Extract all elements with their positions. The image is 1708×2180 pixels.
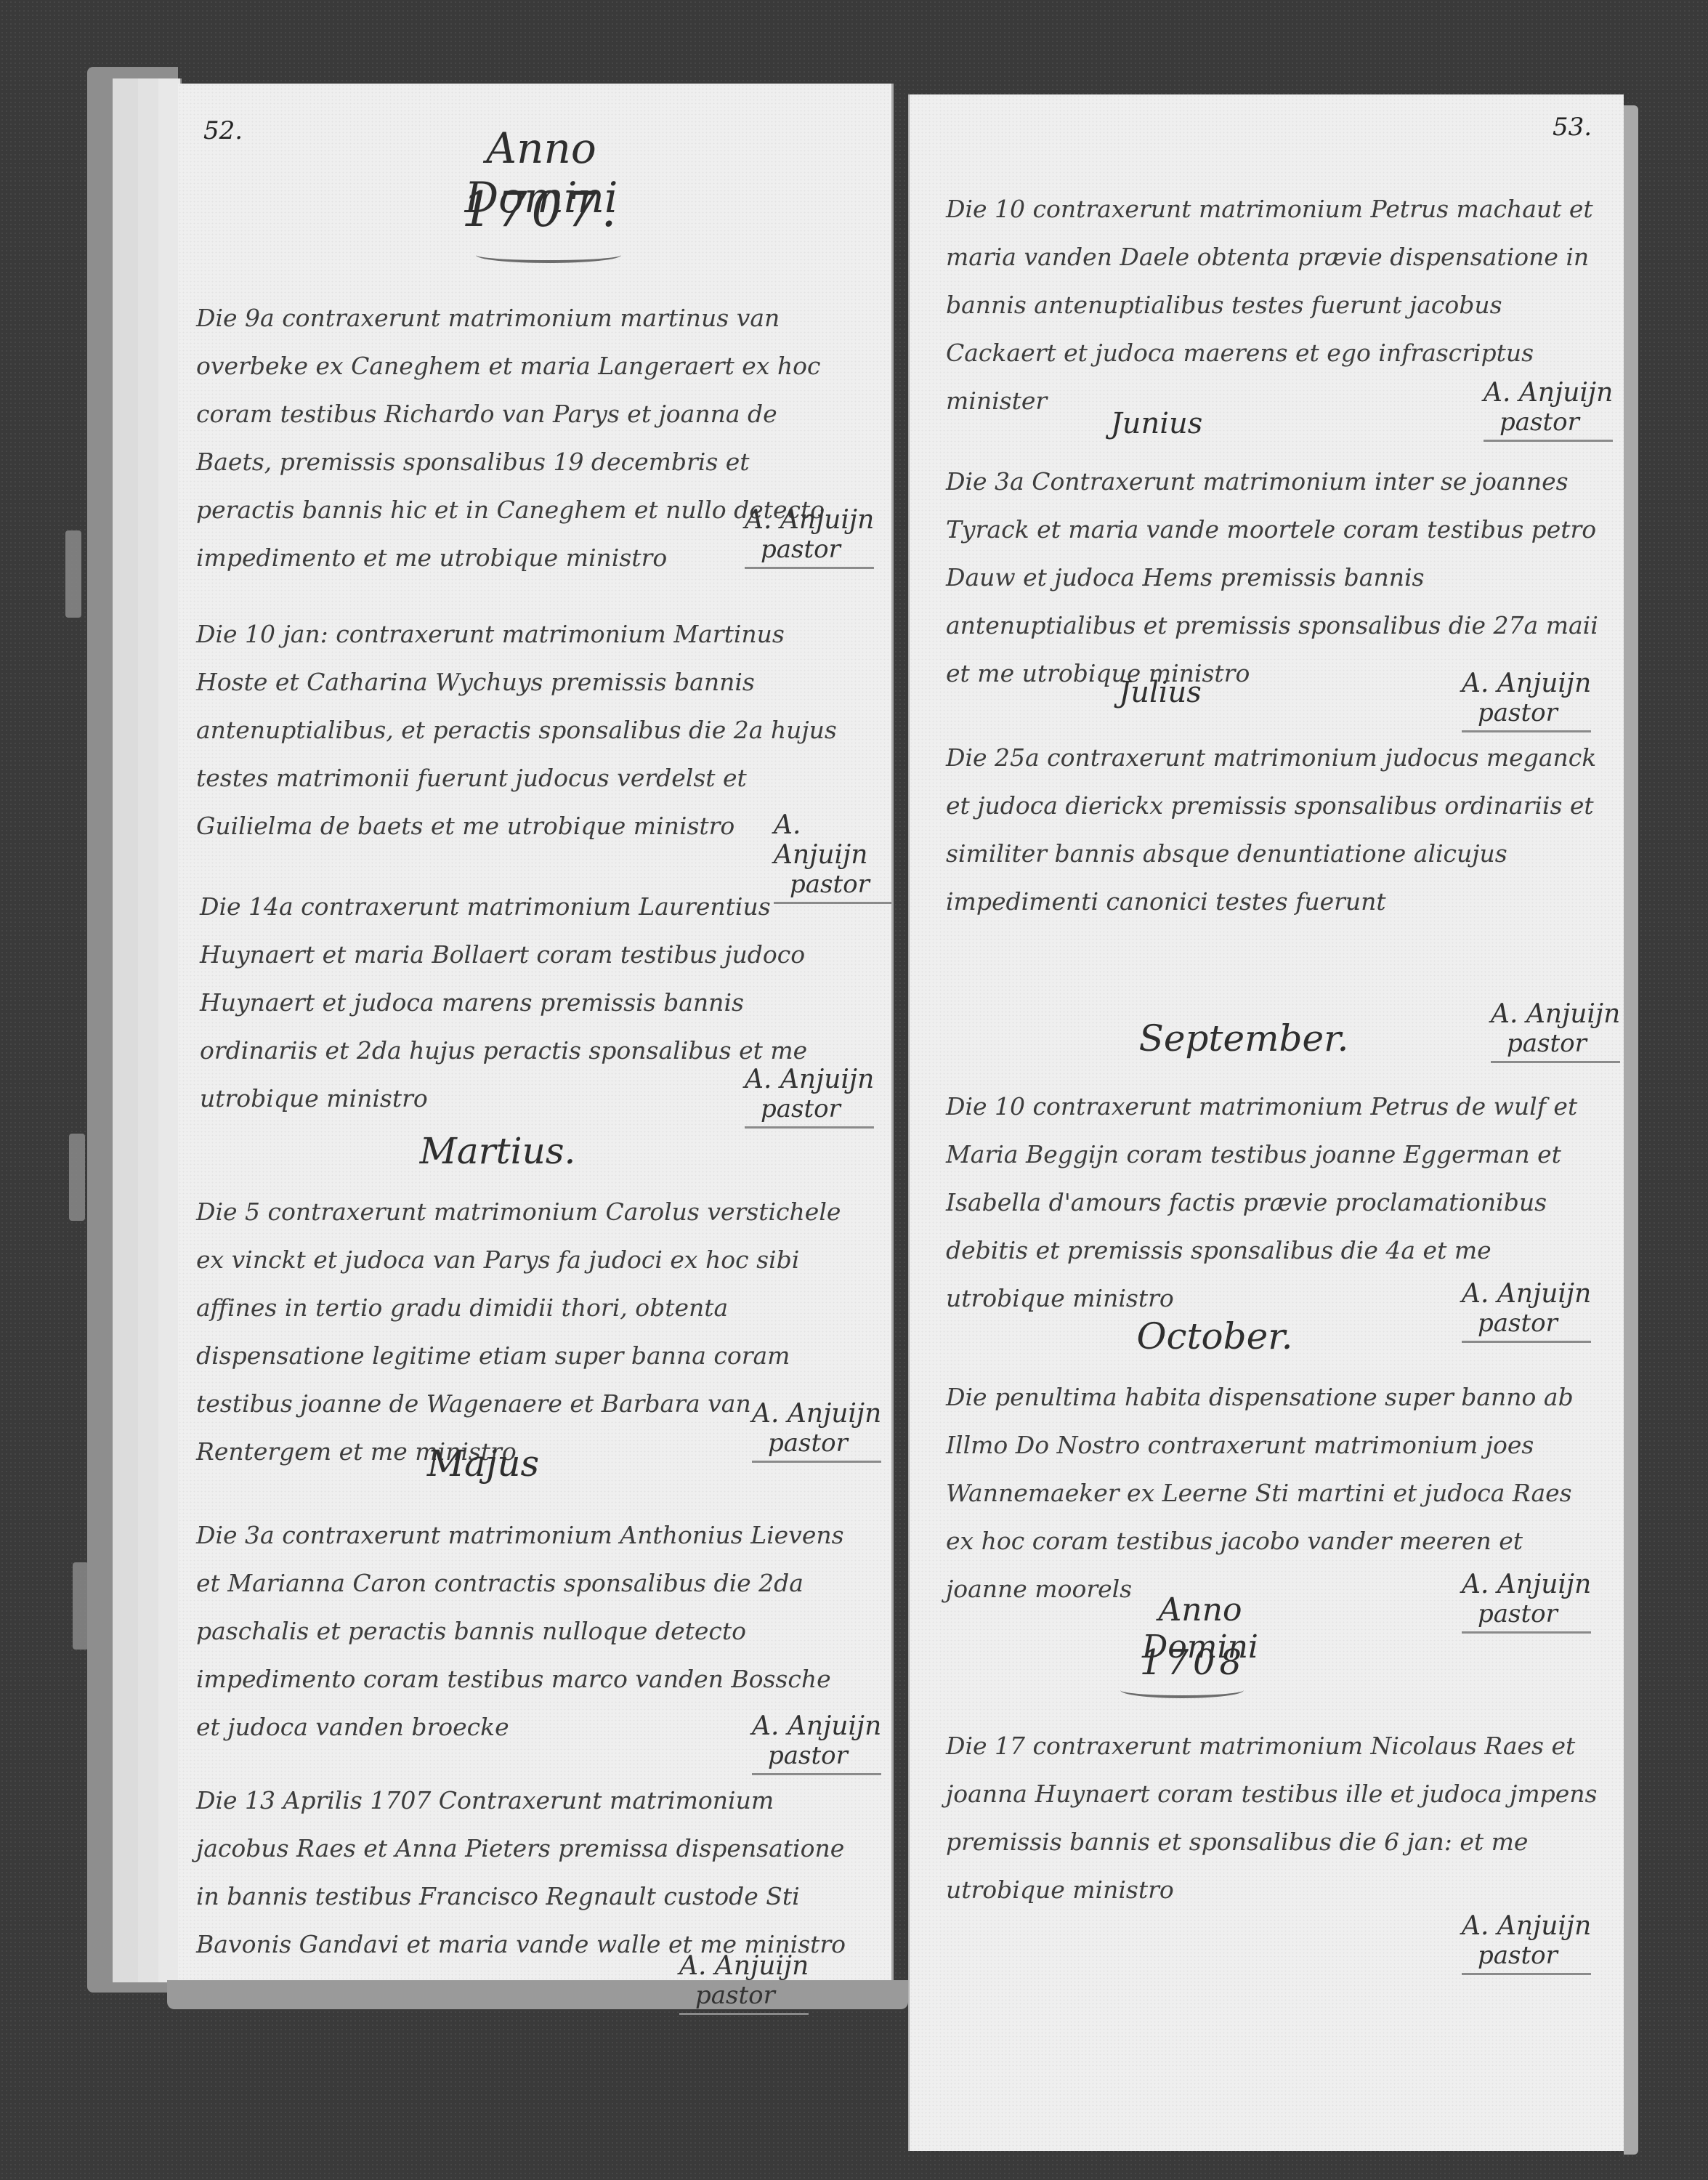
signature-title: pastor — [1462, 1599, 1591, 1634]
marriage-entry: Die 25a contraxerunt matrimonium judocus… — [946, 734, 1600, 926]
signature-title: pastor — [1491, 1029, 1620, 1063]
signature-title: pastor — [752, 1429, 881, 1463]
heading-year: 1707. — [447, 182, 636, 238]
signature: A. Anjuijn pastor — [1462, 1911, 1591, 1975]
marriage-entry: Die 17 contraxerunt matrimonium Nicolaus… — [946, 1722, 1600, 1914]
signature-name: A. Anjuijn — [679, 1951, 809, 1981]
signature-name: A. Anjuijn — [1484, 378, 1613, 408]
book-right-edge — [1624, 105, 1638, 2155]
bookmark-ribbon — [69, 1134, 85, 1221]
signature: A. Anjuijn pastor — [1462, 1570, 1591, 1634]
signature-name: A. Anjuijn — [752, 1711, 881, 1741]
marriage-entry: Die 3a Contraxerunt matrimonium inter se… — [946, 458, 1600, 698]
folio-number: 52. — [203, 116, 243, 145]
flourish — [476, 247, 621, 263]
bookmark-ribbon — [73, 1562, 89, 1650]
heading-year: 1708 — [1128, 1642, 1258, 1683]
signature-title: pastor — [1462, 1941, 1591, 1975]
signature-name: A. Anjuijn — [745, 505, 874, 535]
signature-title: pastor — [745, 535, 874, 569]
month-heading: Majus — [418, 1442, 549, 1485]
signature-name: A. Anjuijn — [1462, 1570, 1591, 1599]
signature-title: pastor — [1484, 408, 1613, 442]
signature-title: pastor — [752, 1741, 881, 1775]
flourish — [1120, 1682, 1244, 1698]
signature-name: A. Anjuijn — [1491, 999, 1620, 1029]
signature: A. Anjuijn pastor — [1484, 378, 1613, 442]
signature-title: pastor — [1462, 1309, 1591, 1343]
signature-name: A. Anjuijn — [1462, 669, 1591, 698]
signature-title: pastor — [1462, 698, 1591, 732]
month-heading: Julius — [1106, 676, 1215, 709]
month-heading: October. — [1128, 1315, 1302, 1357]
signature-title: pastor — [745, 1094, 874, 1129]
signature: A. Anjuijn pastor — [752, 1711, 881, 1775]
marriage-entry: Die 10 jan: contraxerunt matrimonium Mar… — [196, 610, 850, 850]
folio-number: 53. — [1553, 113, 1592, 142]
signature: A. Anjuijn pastor — [752, 1399, 881, 1463]
signature-name: A. Anjuijn — [1462, 1911, 1591, 1941]
signature: A. Anjuijn pastor — [745, 1065, 874, 1129]
signature: A. Anjuijn pastor — [1462, 669, 1591, 732]
right-page: 53. Die 10 contraxerunt matrimonium Petr… — [908, 94, 1624, 2151]
signature: A. Anjuijn pastor — [745, 505, 874, 569]
signature-name: A. Anjuijn — [745, 1065, 874, 1094]
signature-title: pastor — [679, 1981, 809, 2015]
signature-name: A. Anjuijn — [752, 1399, 881, 1429]
month-heading: September. — [1128, 1017, 1360, 1059]
marriage-entry: Die 13 Aprilis 1707 Contraxerunt matrimo… — [196, 1777, 850, 1969]
signature: A. Anjuijn pastor — [679, 1951, 809, 2015]
month-heading: Junius — [1098, 407, 1215, 440]
bookmark-ribbon — [65, 530, 81, 618]
signature-name: A. Anjuijn — [774, 810, 891, 870]
signature-name: A. Anjuijn — [1462, 1279, 1591, 1309]
left-page: 52. Anno Domini 1707. Die 9a contraxerun… — [178, 84, 894, 1980]
signature: A. Anjuijn pastor — [1462, 1279, 1591, 1343]
month-heading: Martius. — [418, 1130, 578, 1172]
signature: A. Anjuijn pastor — [1491, 999, 1620, 1063]
